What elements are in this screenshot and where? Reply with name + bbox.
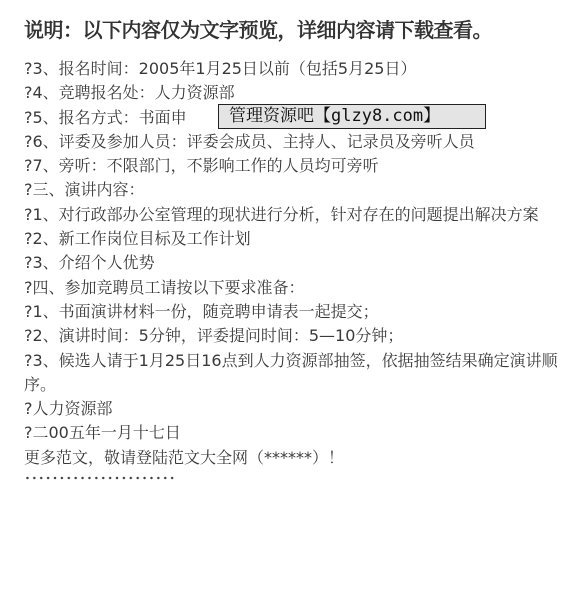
text-line-requirement-3: ?3、候选人请于1月25日16点到人力资源部抽签，依据抽签结果确定演讲顺序。 [24,349,559,398]
text-line-registration-place: ?4、竞聘报名处：人力资源部 [24,81,559,105]
dotted-separator [24,476,176,480]
text-line-judges-participants: ?6、评委及参加人员：评委会成员、主持人、记录员及旁听人员 [24,130,559,154]
watermark-banner: 管理资源吧【glzy8.com】 [218,104,486,129]
text-line-speech-item-3: ?3、介绍个人优势 [24,251,559,275]
text-line-department-signature: ?人力资源部 [24,397,559,421]
text-line-more-samples-link: 更多范文，敬请登陆范文大全网（******）！ [24,446,559,470]
preview-notice-title: 说明：以下内容仅为文字预览，详细内容请下载查看。 [24,14,492,43]
text-line-audit: ?7、旁听：不限部门，不影响工作的人员均可旁听 [24,154,559,178]
text-line-date: ?二00五年一月十七日 [24,421,559,445]
text-line-speech-item-2: ?2、新工作岗位目标及工作计划 [24,227,559,251]
section-heading-speech-content: ?三、演讲内容： [24,178,559,202]
text-line-registration-time: ?3、报名时间：2005年1月25日以前（包括5月25日） [24,57,559,81]
text-line-requirement-2: ?2、演讲时间：5分钟，评委提问时间：5—10分钟； [24,324,559,348]
section-heading-requirements: ?四、参加竞聘员工请按以下要求准备： [24,276,559,300]
text-line-speech-item-1: ?1、对行政部办公室管理的现状进行分析，针对存在的问题提出解决方案 [24,203,559,227]
text-line-requirement-1: ?1、书面演讲材料一份，随竞聘申请表一起提交； [24,300,559,324]
